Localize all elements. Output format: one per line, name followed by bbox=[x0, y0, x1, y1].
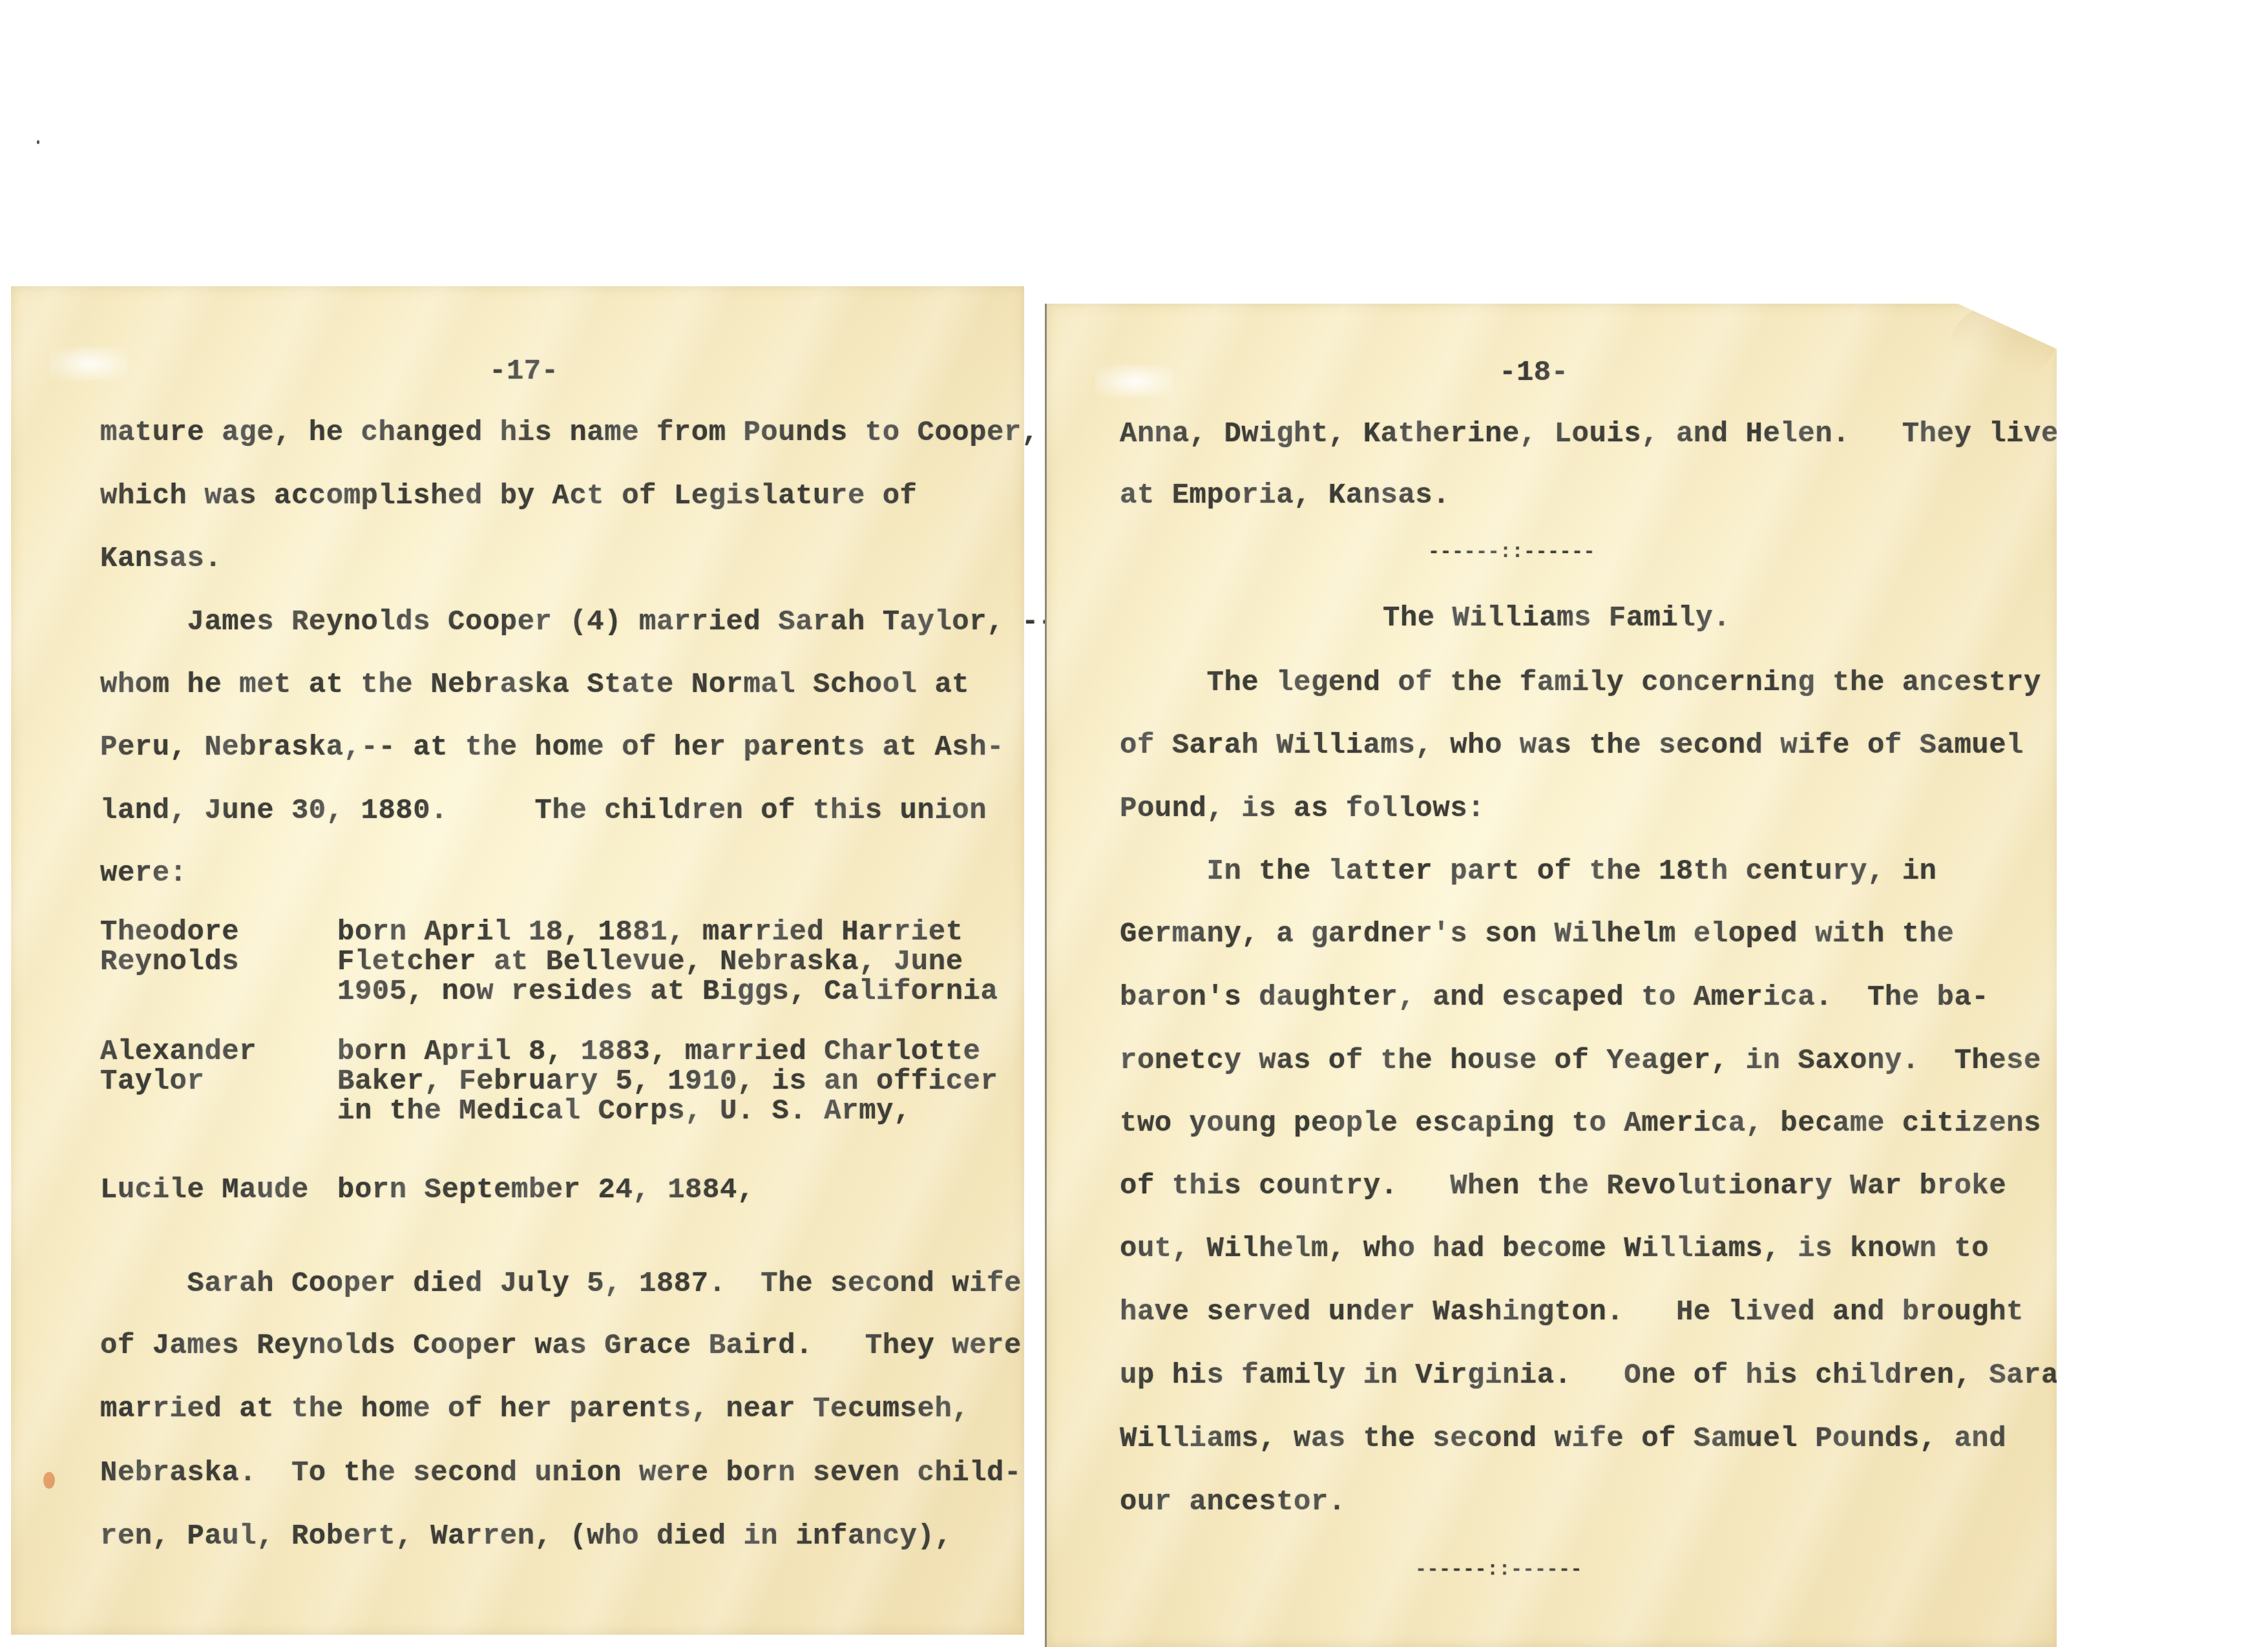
child-name: TheodoreReynolds bbox=[100, 918, 239, 977]
text-line: ren, Paul, Robert, Warren, (who died in … bbox=[100, 1522, 952, 1551]
text-line: ronetcy was of the house of Yeager, in S… bbox=[1120, 1047, 2041, 1075]
text-line: The legend of the family concerning the … bbox=[1120, 669, 2041, 697]
text-line: land, June 30, 1880. The children of thi… bbox=[100, 797, 987, 825]
end-separator: ------::------ bbox=[1415, 1560, 1582, 1580]
text-line: Kansas. bbox=[100, 545, 222, 573]
text-line: which was accomplished by Act of Legisla… bbox=[100, 482, 918, 510]
stray-mark bbox=[37, 140, 39, 144]
child-detail: born September 24, 1884, bbox=[337, 1175, 755, 1205]
section-title: The Williams Family. bbox=[1383, 604, 1730, 633]
child-detail: born April 8, 1883, married CharlotteBak… bbox=[337, 1037, 998, 1126]
page-number: -18- bbox=[1499, 359, 1569, 387]
text-line: Pound, is as follows: bbox=[1120, 795, 1485, 823]
punch-hole-mark bbox=[1095, 365, 1173, 397]
corner-fold-shadow bbox=[1951, 304, 2055, 381]
child-name: AlexanderTaylor bbox=[100, 1037, 257, 1096]
section-separator: ------::------ bbox=[1428, 543, 1595, 562]
text-line: Peru, Nebraska,-- at the home of her par… bbox=[100, 733, 1004, 762]
text-line: of James Reynolds Cooper was Grace Baird… bbox=[100, 1332, 1022, 1360]
text-line: of this country. When the Revolutionary … bbox=[1120, 1172, 2006, 1201]
text-line: mature age, he changed his name from Pou… bbox=[100, 419, 1039, 447]
text-line: two young people escaping to America, be… bbox=[1120, 1109, 2041, 1138]
text-line: Sarah Cooper died July 5, 1887. The seco… bbox=[100, 1270, 1022, 1298]
punch-hole-mark bbox=[50, 348, 127, 380]
text-line: Anna, Dwight, Katherine, Louis, and Hele… bbox=[1120, 420, 2059, 448]
text-line: at Emporia, Kansas. bbox=[1120, 481, 1450, 510]
text-line: Nebraska. To the second union were born … bbox=[100, 1459, 1022, 1487]
child-name: Lucile Maude bbox=[100, 1175, 309, 1205]
child-detail: born April 18, 1881, married HarrietFlet… bbox=[337, 918, 998, 1007]
text-line: out, Wilhelm, who had become Williams, i… bbox=[1120, 1235, 1989, 1263]
text-line: have served under Washington. He lived a… bbox=[1120, 1298, 2024, 1327]
text-line: Williams, was the second wife of Samuel … bbox=[1120, 1425, 2006, 1453]
text-line: up his family in Virginia. One of his ch… bbox=[1120, 1361, 2076, 1390]
text-line: our ancestor. bbox=[1120, 1488, 1346, 1516]
page-number: -17- bbox=[489, 357, 559, 386]
text-line: In the latter part of the 18th century, … bbox=[1120, 857, 1937, 886]
document-page-18: -18- Anna, Dwight, Katherine, Louis, and… bbox=[1045, 304, 2059, 1647]
ink-stain bbox=[43, 1472, 55, 1489]
text-line: James Reynolds Cooper (4) married Sarah … bbox=[100, 608, 1056, 636]
text-line: whom he met at the Nebraska State Normal… bbox=[100, 671, 969, 699]
text-line: baron's daughter, and escaped to America… bbox=[1120, 983, 1989, 1012]
text-line: of Sarah Williams, who was the second wi… bbox=[1120, 731, 2024, 760]
text-line: Germany, a gardner's son Wilhelm eloped … bbox=[1120, 920, 1954, 949]
document-page-17: -17- mature age, he changed his name fro… bbox=[11, 286, 1024, 1635]
text-line: married at the home of her parents, near… bbox=[100, 1395, 969, 1423]
text-line: were: bbox=[100, 859, 187, 888]
